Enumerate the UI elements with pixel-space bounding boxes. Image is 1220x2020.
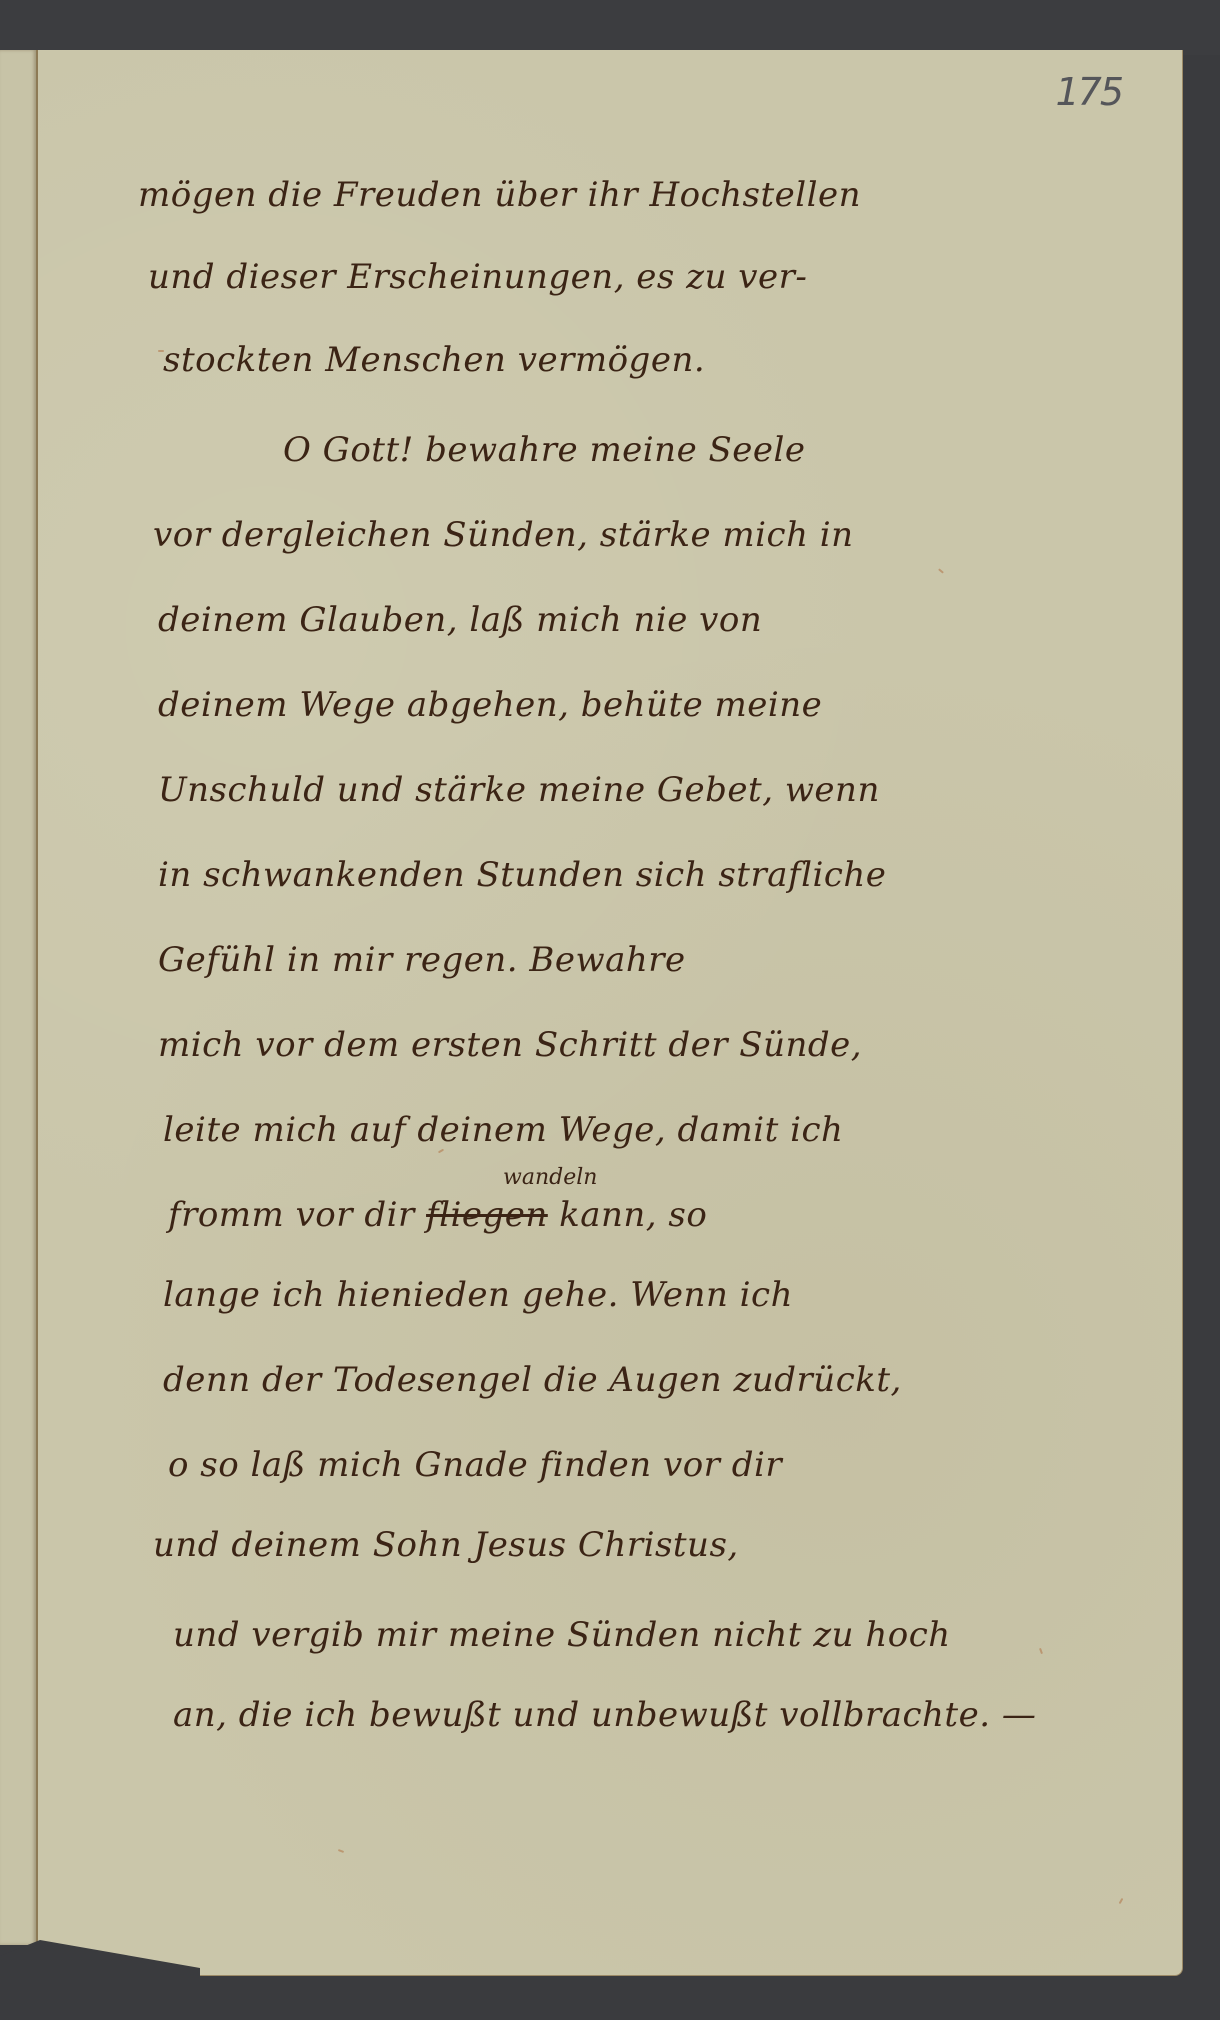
manuscript-line: in schwankenden Stunden sich strafliche xyxy=(158,855,886,895)
manuscript-line: vor dergleichen Sünden, stärke mich in xyxy=(153,515,854,555)
manuscript-line: mögen die Freuden über ihr Hochstellen xyxy=(138,175,861,215)
manuscript-line-with-correction: fromm vor dir fliegen kann, so xyxy=(168,1195,707,1235)
manuscript-line: denn der Todesengel die Augen zudrückt, xyxy=(163,1360,902,1400)
manuscript-line: Unschuld und stärke meine Gebet, wenn xyxy=(158,770,880,810)
manuscript-line: und deinem Sohn Jesus Christus, xyxy=(153,1525,739,1565)
scan-background-top xyxy=(0,0,1220,55)
manuscript-line: mich vor dem ersten Schritt der Sünde, xyxy=(158,1025,862,1065)
manuscript-line: O Gott! bewahre meine Seele xyxy=(283,430,806,470)
paper-fleck xyxy=(338,1849,344,1853)
manuscript-page: 175 mögen die Freuden über ihr Hochstell… xyxy=(38,50,1183,1976)
manuscript-line: leite mich auf deinem Wege, damit ich xyxy=(163,1110,843,1150)
interlinear-insertion: wandeln xyxy=(503,1165,597,1190)
paper-fleck xyxy=(938,568,944,573)
manuscript-line: und dieser Erscheinungen, es zu ver- xyxy=(148,257,807,297)
facing-page-edge xyxy=(0,50,38,1945)
line-text-after: kann, so xyxy=(548,1195,708,1235)
manuscript-line: deinem Glauben, laß mich nie von xyxy=(158,600,762,640)
manuscript-line: Gefühl in mir regen. Bewahre xyxy=(158,940,686,980)
manuscript-line: und vergib mir meine Sünden nicht zu hoc… xyxy=(173,1615,951,1655)
paper-fleck xyxy=(1119,1898,1124,1904)
line-text-before: fromm vor dir xyxy=(168,1195,426,1235)
paper-fleck xyxy=(1039,1648,1043,1654)
manuscript-line: lange ich hienieden gehe. Wenn ich xyxy=(163,1275,793,1315)
folio-number: 175 xyxy=(1055,70,1122,114)
struck-word: fliegen xyxy=(426,1195,548,1235)
manuscript-line: an, die ich bewußt und unbewußt vollbrac… xyxy=(173,1695,1036,1735)
manuscript-line: deinem Wege abgehen, behüte meine xyxy=(158,685,822,725)
manuscript-line: stockten Menschen vermögen. xyxy=(163,340,705,380)
manuscript-line: o so laß mich Gnade finden vor dir xyxy=(168,1445,782,1485)
